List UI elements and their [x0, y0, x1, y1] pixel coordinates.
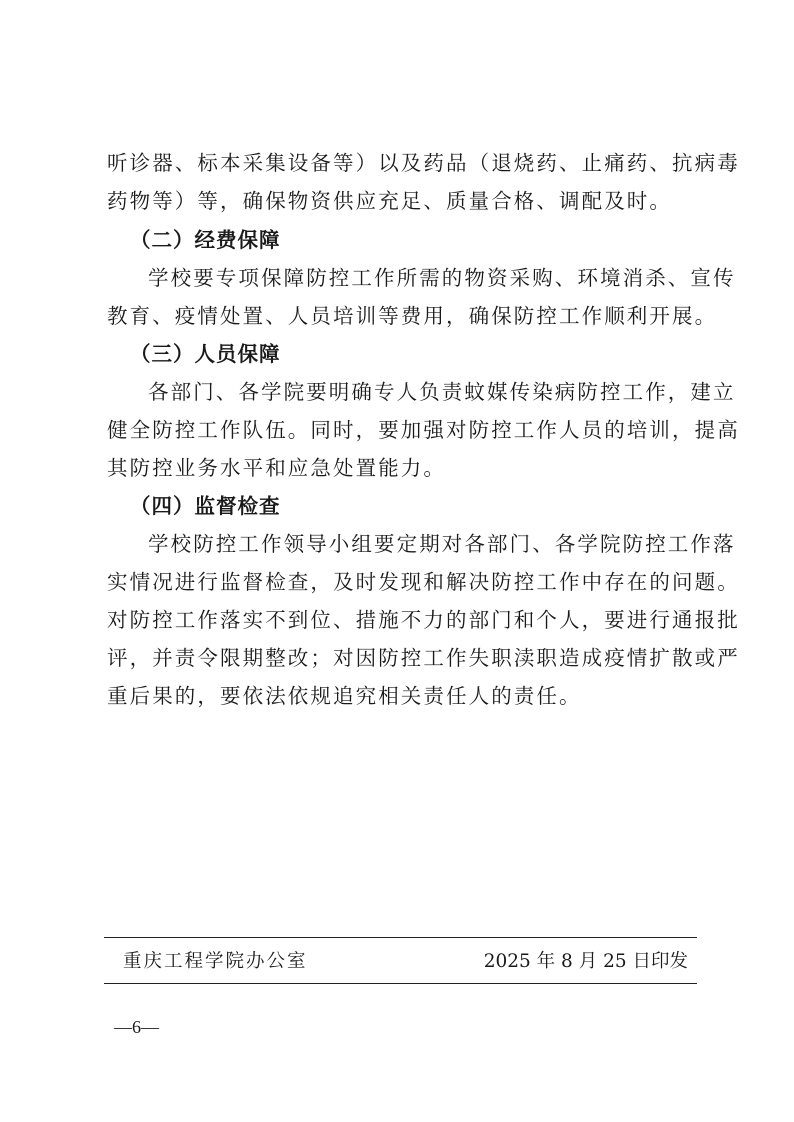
document-page: 听诊器、标本采集设备等）以及药品（退烧药、止痛药、抗病毒 药物等）等，确保物资供… [0, 0, 794, 1122]
paragraph-line: 评，并责令限期整改；对因防控工作失职渎职造成疫情扩散或严 [107, 640, 697, 676]
paragraph-line: 教育、疫情处置、人员培训等费用，确保防控工作顺利开展。 [107, 298, 697, 334]
body-line: 听诊器、标本采集设备等）以及药品（退烧药、止痛药、抗病毒 [107, 145, 697, 181]
section-heading-personnel: （三）人员保障 [130, 336, 679, 372]
paragraph-line: 其防控业务水平和应急处置能力。 [107, 450, 697, 486]
page-number: —6— [114, 1013, 159, 1041]
paragraph-line: 健全防控工作队伍。同时，要加强对防控工作人员的培训，提高 [107, 412, 697, 448]
footer-top-rule [104, 937, 697, 938]
issue-date: 2025 年 8 月 25 日印发 [484, 948, 688, 976]
section-heading-funding: （二）经费保障 [130, 222, 679, 258]
paragraph-line: 实情况进行监督检查，及时发现和解决防控工作中存在的问题。 [107, 564, 697, 600]
footer-bottom-rule [104, 983, 697, 984]
paragraph-line: 重后果的，要依法依规追究相关责任人的责任。 [107, 678, 697, 714]
issuer-name: 重庆工程学院办公室 [123, 948, 308, 976]
paragraph-line: 学校防控工作领导小组要定期对各部门、各学院防控工作落 [148, 526, 697, 562]
paragraph-line: 各部门、各学院要明确专人负责蚊媒传染病防控工作，建立 [148, 374, 697, 410]
section-heading-supervision: （四）监督检查 [130, 488, 679, 524]
paragraph-line: 对防控工作落实不到位、措施不力的部门和个人，要进行通报批 [107, 602, 697, 638]
body-line: 药物等）等，确保物资供应充足、质量合格、调配及时。 [107, 183, 697, 219]
paragraph-line: 学校要专项保障防控工作所需的物资采购、环境消杀、宣传 [148, 260, 697, 296]
